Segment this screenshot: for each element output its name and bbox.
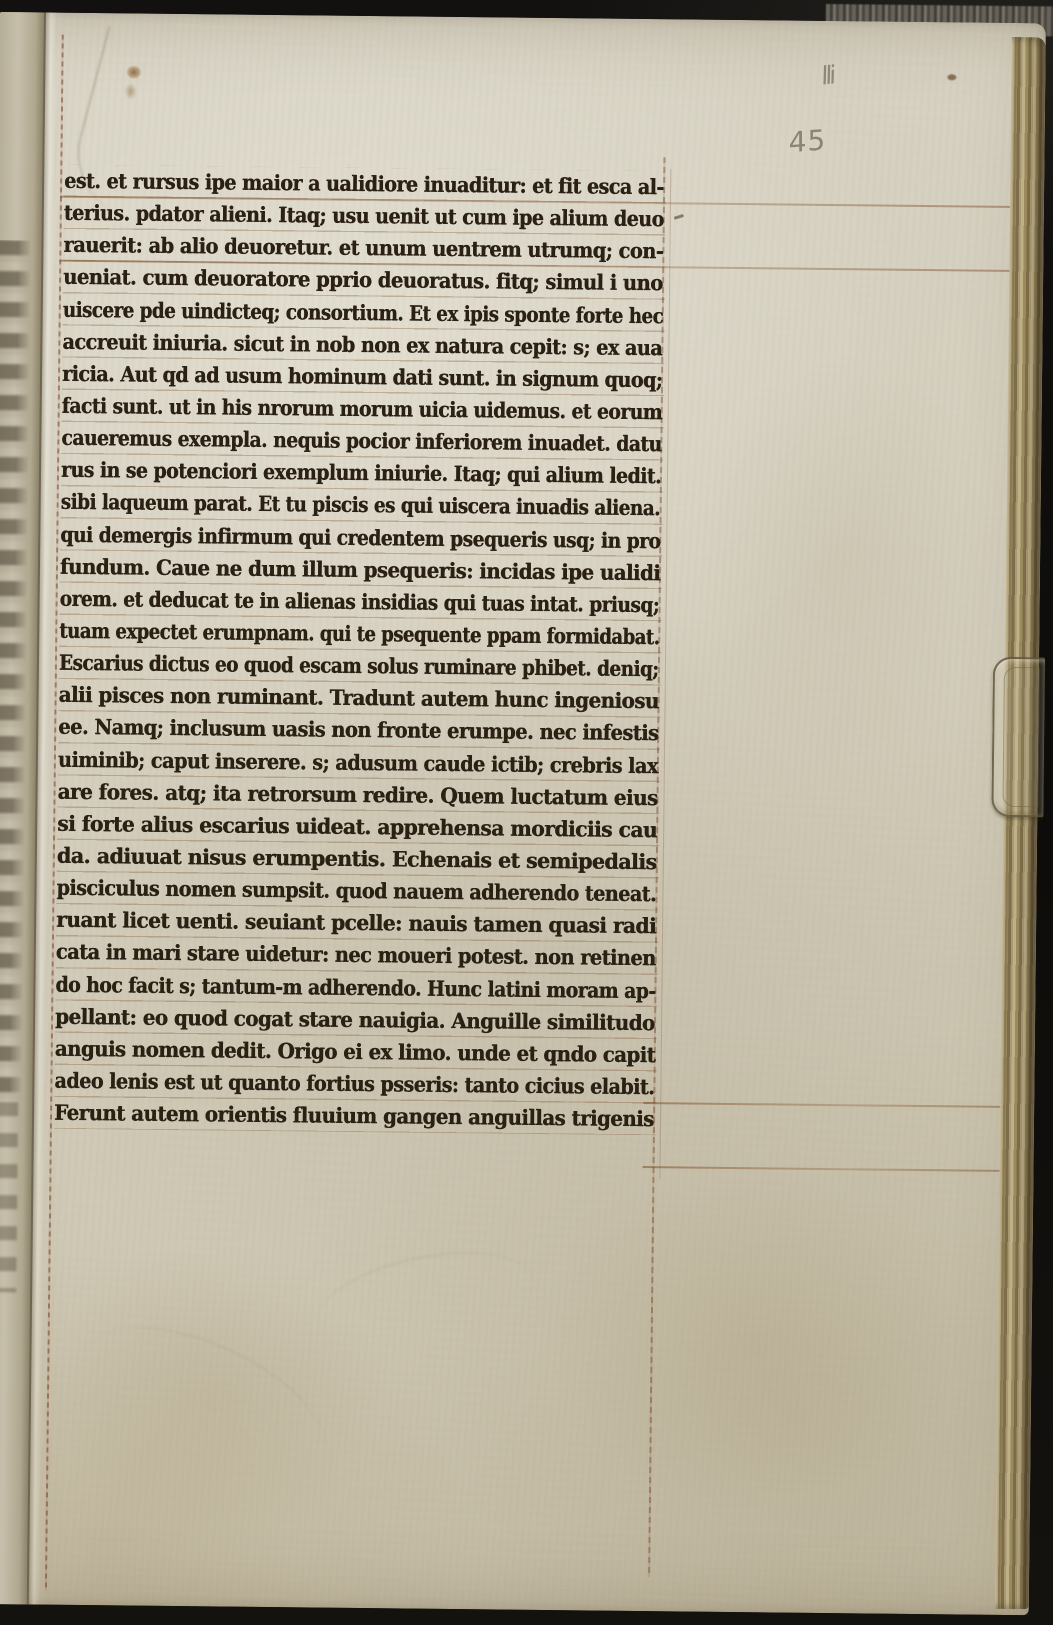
discoloration <box>544 1168 968 1513</box>
fore-edge-page-stack <box>995 37 1046 1609</box>
manuscript-photo: lli 45 est. et rursus ipe maior a ualidi… <box>0 0 1053 1625</box>
parchment-wrinkle <box>309 1236 542 1368</box>
text-block: est. et rursus ipe maior a ualidiore inu… <box>54 165 666 1136</box>
ruling-horizontal-extended <box>643 1102 1012 1107</box>
manuscript-page: lli 45 est. et rursus ipe maior a ualidi… <box>0 12 1046 1615</box>
plastic-index-tab <box>991 657 1045 818</box>
stain-speck <box>947 74 956 80</box>
manuscript-text-line: Ferunt autem orientis fluuium gangen ang… <box>54 1097 623 1135</box>
folio-number: 45 <box>789 123 827 159</box>
facing-page-text-fragments <box>0 240 32 1100</box>
quire-mark: lli <box>821 60 834 91</box>
discoloration <box>692 350 997 773</box>
ruling-horizontal-extended <box>643 1166 1012 1171</box>
stain-speck <box>674 214 684 220</box>
facing-page-text-fragments <box>0 1102 18 1292</box>
parchment-wrinkle <box>62 1296 348 1513</box>
